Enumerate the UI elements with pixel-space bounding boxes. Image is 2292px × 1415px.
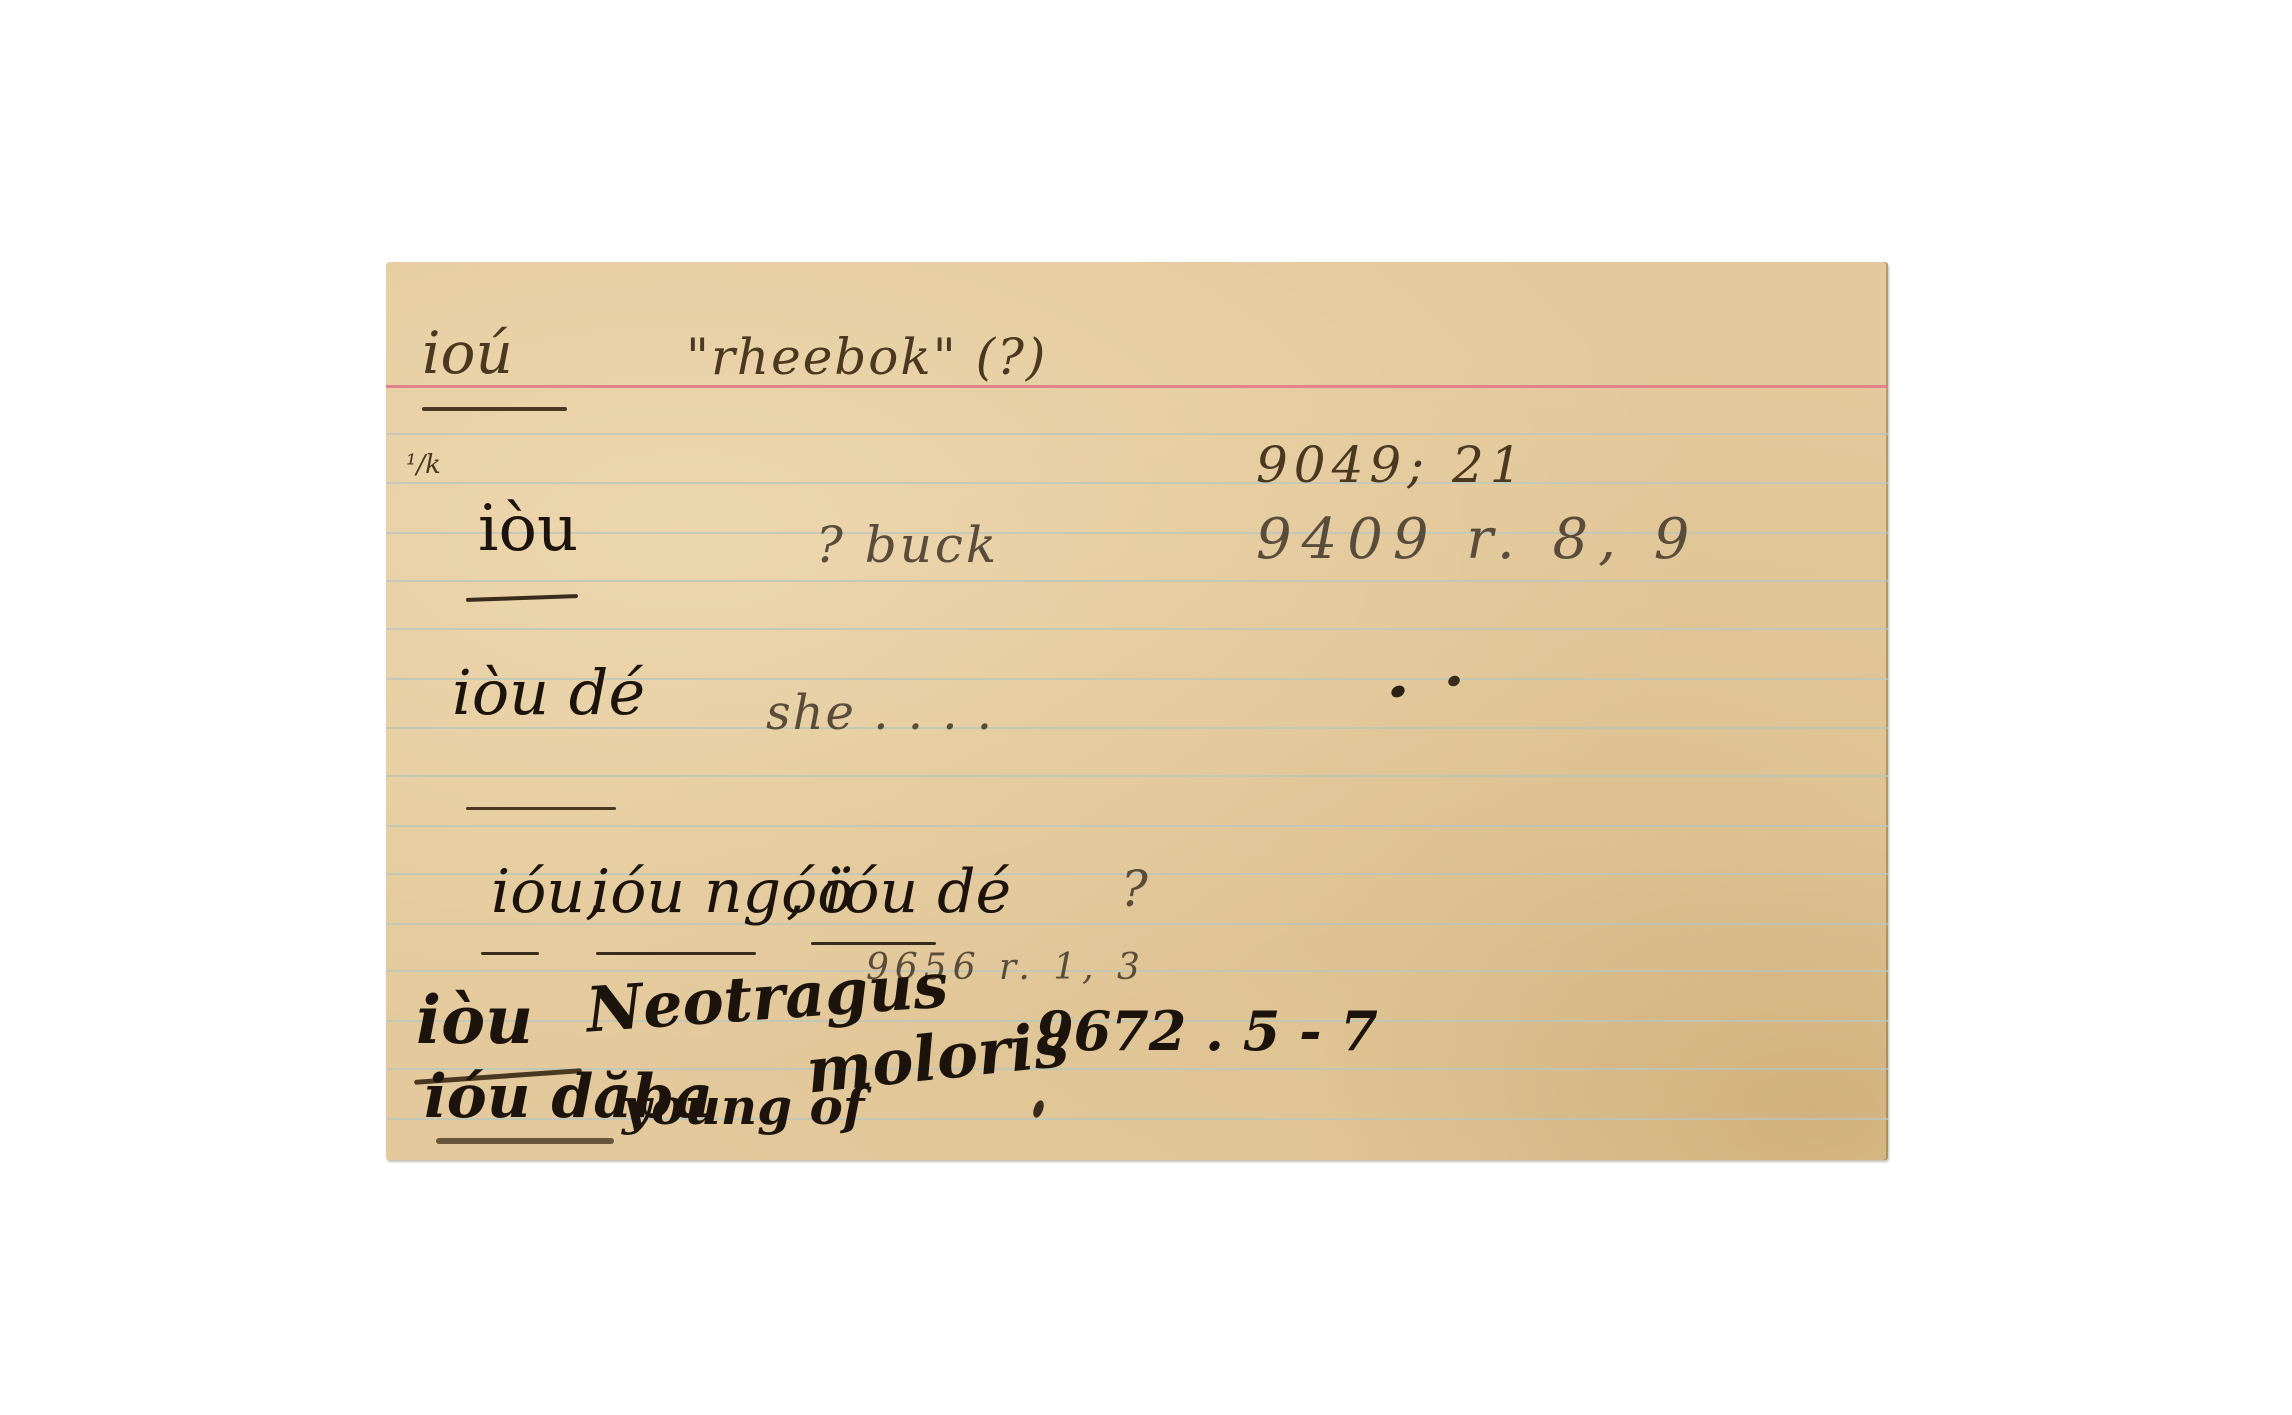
ruled-line	[386, 482, 1888, 484]
ink-mark	[1389, 683, 1407, 700]
query-mark: ?	[1121, 864, 1148, 914]
entry-underline	[596, 952, 756, 955]
entry-headword: iòu	[478, 497, 578, 561]
entry-underline	[436, 1138, 614, 1144]
header-headword: ioú	[422, 324, 513, 382]
ruled-line	[386, 825, 1888, 827]
reference-number: 9672 . 5 - 7	[1036, 1004, 1378, 1058]
entry-underline	[466, 594, 578, 602]
entry-underline	[811, 942, 936, 945]
entry-underline	[481, 952, 539, 955]
headword-underline	[422, 407, 567, 411]
ruled-line	[386, 628, 1888, 630]
ruled-line	[386, 433, 1888, 435]
entry-headword: iòu dé	[452, 662, 645, 724]
corner-mark: ¹/k	[406, 452, 441, 478]
ink-mark	[1031, 1099, 1046, 1119]
index-card: ioú "rheebok" (?) ¹/k 9049; 21 iòu ? buc…	[386, 262, 1888, 1160]
reference-number: 9409 r. 8, 9	[1256, 512, 1699, 568]
entry-headword: , ióu dé	[786, 862, 1011, 922]
entry-underline	[466, 807, 616, 810]
header-rule	[386, 385, 1888, 388]
entry-gloss: she . . . .	[766, 689, 994, 737]
header-gloss: "rheebok" (?)	[686, 332, 1047, 382]
entry-headword: iòu	[416, 987, 533, 1053]
entry-headword: ióu,	[491, 862, 604, 922]
ink-mark	[1446, 674, 1461, 689]
entry-gloss: ? buck	[816, 520, 999, 570]
entry-gloss: young of	[622, 1082, 864, 1132]
ruled-line	[386, 580, 1888, 582]
reference-number: 9049; 21	[1256, 440, 1528, 490]
ruled-line	[386, 775, 1888, 777]
